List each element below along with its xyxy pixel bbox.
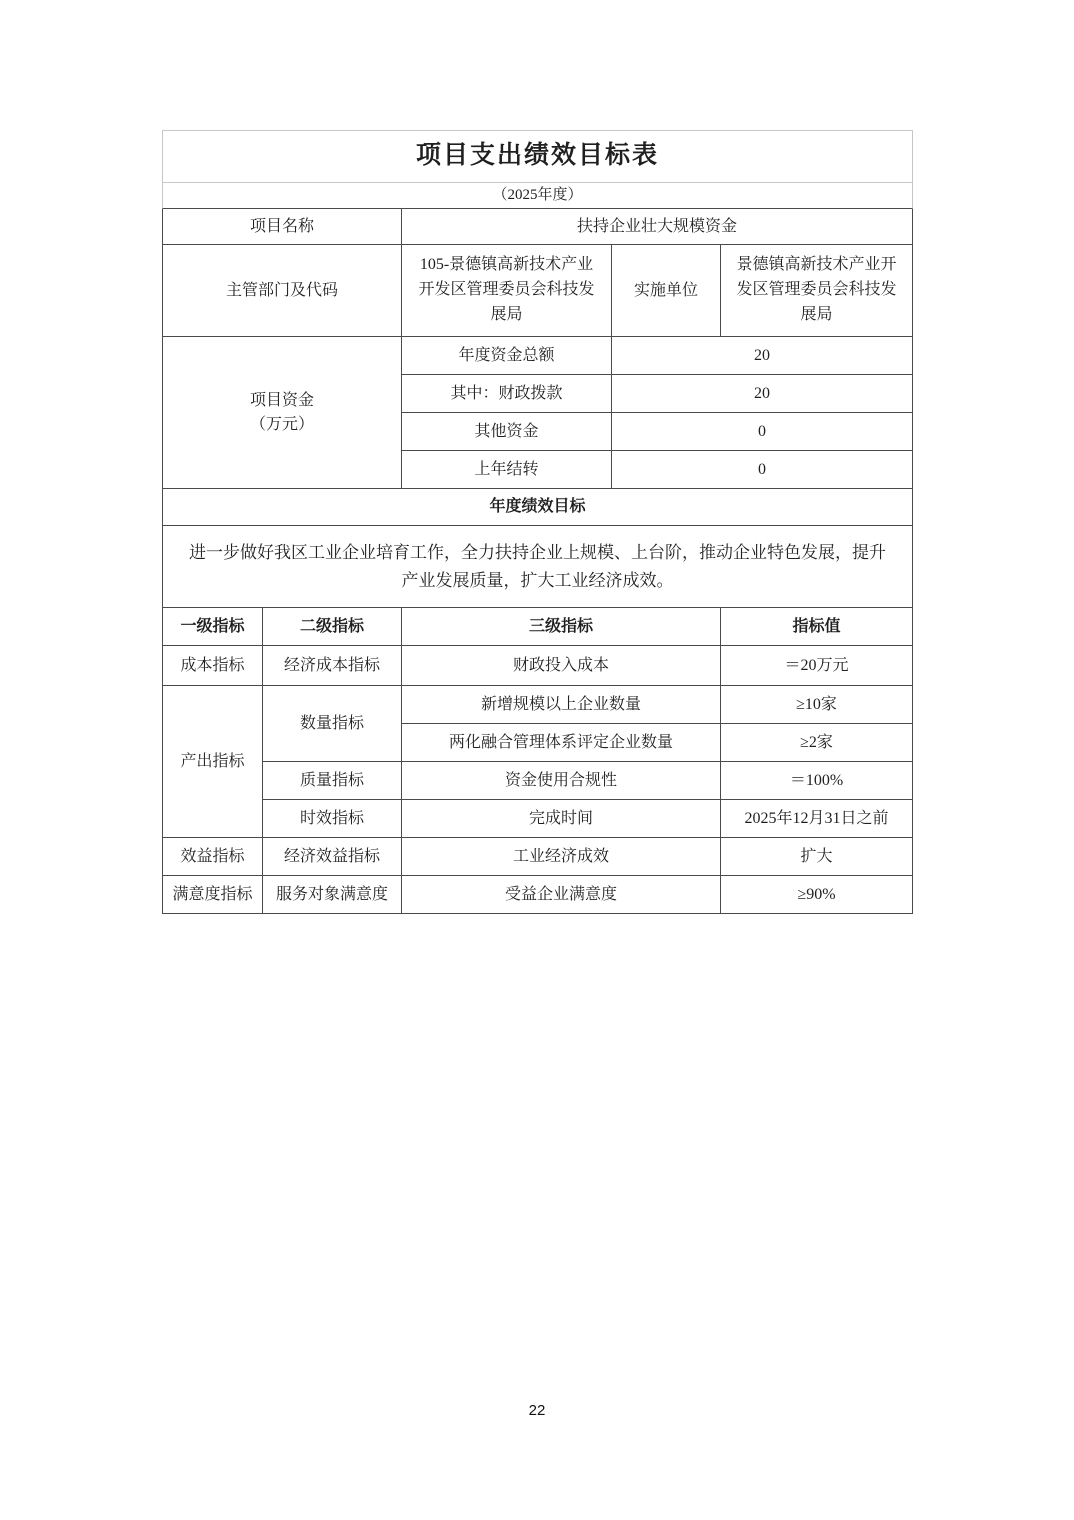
indicator-value-integration-enterprises: ≥2家 <box>721 724 913 762</box>
implementing-unit-value: 景德镇高新技术产业开发区管理委员会科技发展局 <box>721 245 913 337</box>
indicator-l3-completion-time: 完成时间 <box>402 800 721 838</box>
annual-goal-text: 进一步做好我区工业企业培育工作，全力扶持企业上规模、上台阶，推动企业特色发展，提… <box>162 526 913 608</box>
funding-total-label: 年度资金总额 <box>402 337 612 375</box>
project-name-label: 项目名称 <box>162 209 402 245</box>
indicator-l1-output: 产出指标 <box>162 686 263 838</box>
implementing-unit-label: 实施单位 <box>612 245 721 337</box>
indicator-value-new-enterprises: ≥10家 <box>721 686 913 724</box>
department-code-value: 105-景德镇高新技术产业开发区管理委员会科技发展局 <box>402 245 612 337</box>
indicator-header-value: 指标值 <box>721 608 913 646</box>
project-funding-label-line1: 项目资金 <box>171 389 393 412</box>
funding-other-label: 其他资金 <box>402 413 612 451</box>
page-number: 22 <box>0 1402 1074 1419</box>
project-funding-label-line2: （万元） <box>171 413 393 436</box>
indicator-value-fund-compliance: ＝100% <box>721 762 913 800</box>
funding-total-value: 20 <box>612 337 913 375</box>
department-label: 主管部门及代码 <box>162 245 402 337</box>
indicator-header-level2: 二级指标 <box>263 608 402 646</box>
indicator-header-level3: 三级指标 <box>402 608 721 646</box>
indicator-l3-fiscal-input-cost: 财政投入成本 <box>402 646 721 686</box>
funding-fiscal-label: 其中：财政拨款 <box>402 375 612 413</box>
funding-fiscal-value: 20 <box>612 375 913 413</box>
indicator-l3-new-enterprises: 新增规模以上企业数量 <box>402 686 721 724</box>
indicator-value-fiscal-input-cost: ＝20万元 <box>721 646 913 686</box>
performance-target-table: 项目支出绩效目标表 （2025年度） 项目名称 扶持企业壮大规模资金 主管部门及… <box>162 130 913 914</box>
indicator-l3-beneficiary-satisfaction: 受益企业满意度 <box>402 876 721 914</box>
indicator-l1-satisfaction: 满意度指标 <box>162 876 263 914</box>
indicator-l2-economic-benefit: 经济效益指标 <box>263 838 402 876</box>
annual-goal-header: 年度绩效目标 <box>162 489 913 526</box>
indicator-l3-industrial-economy: 工业经济成效 <box>402 838 721 876</box>
table-title: 项目支出绩效目标表 <box>162 130 913 183</box>
funding-carryover-value: 0 <box>612 451 913 489</box>
indicator-l2-economic-cost: 经济成本指标 <box>263 646 402 686</box>
indicator-header-level1: 一级指标 <box>162 608 263 646</box>
indicator-l2-service-satisfaction: 服务对象满意度 <box>263 876 402 914</box>
table-subtitle-year: （2025年度） <box>162 183 913 209</box>
indicator-value-beneficiary-satisfaction: ≥90% <box>721 876 913 914</box>
indicator-l2-quantity: 数量指标 <box>263 686 402 762</box>
project-funding-label: 项目资金 （万元） <box>162 337 402 489</box>
indicator-value-completion-time: 2025年12月31日之前 <box>721 800 913 838</box>
funding-other-value: 0 <box>612 413 913 451</box>
indicator-l3-integration-enterprises: 两化融合管理体系评定企业数量 <box>402 724 721 762</box>
indicator-l2-timeliness: 时效指标 <box>263 800 402 838</box>
indicator-value-industrial-economy: 扩大 <box>721 838 913 876</box>
indicator-l1-cost: 成本指标 <box>162 646 263 686</box>
indicator-l3-fund-compliance: 资金使用合规性 <box>402 762 721 800</box>
indicator-l1-benefit: 效益指标 <box>162 838 263 876</box>
funding-carryover-label: 上年结转 <box>402 451 612 489</box>
project-name-value: 扶持企业壮大规模资金 <box>402 209 913 245</box>
document-page: 项目支出绩效目标表 （2025年度） 项目名称 扶持企业壮大规模资金 主管部门及… <box>0 0 1074 1520</box>
indicator-l2-quality: 质量指标 <box>263 762 402 800</box>
